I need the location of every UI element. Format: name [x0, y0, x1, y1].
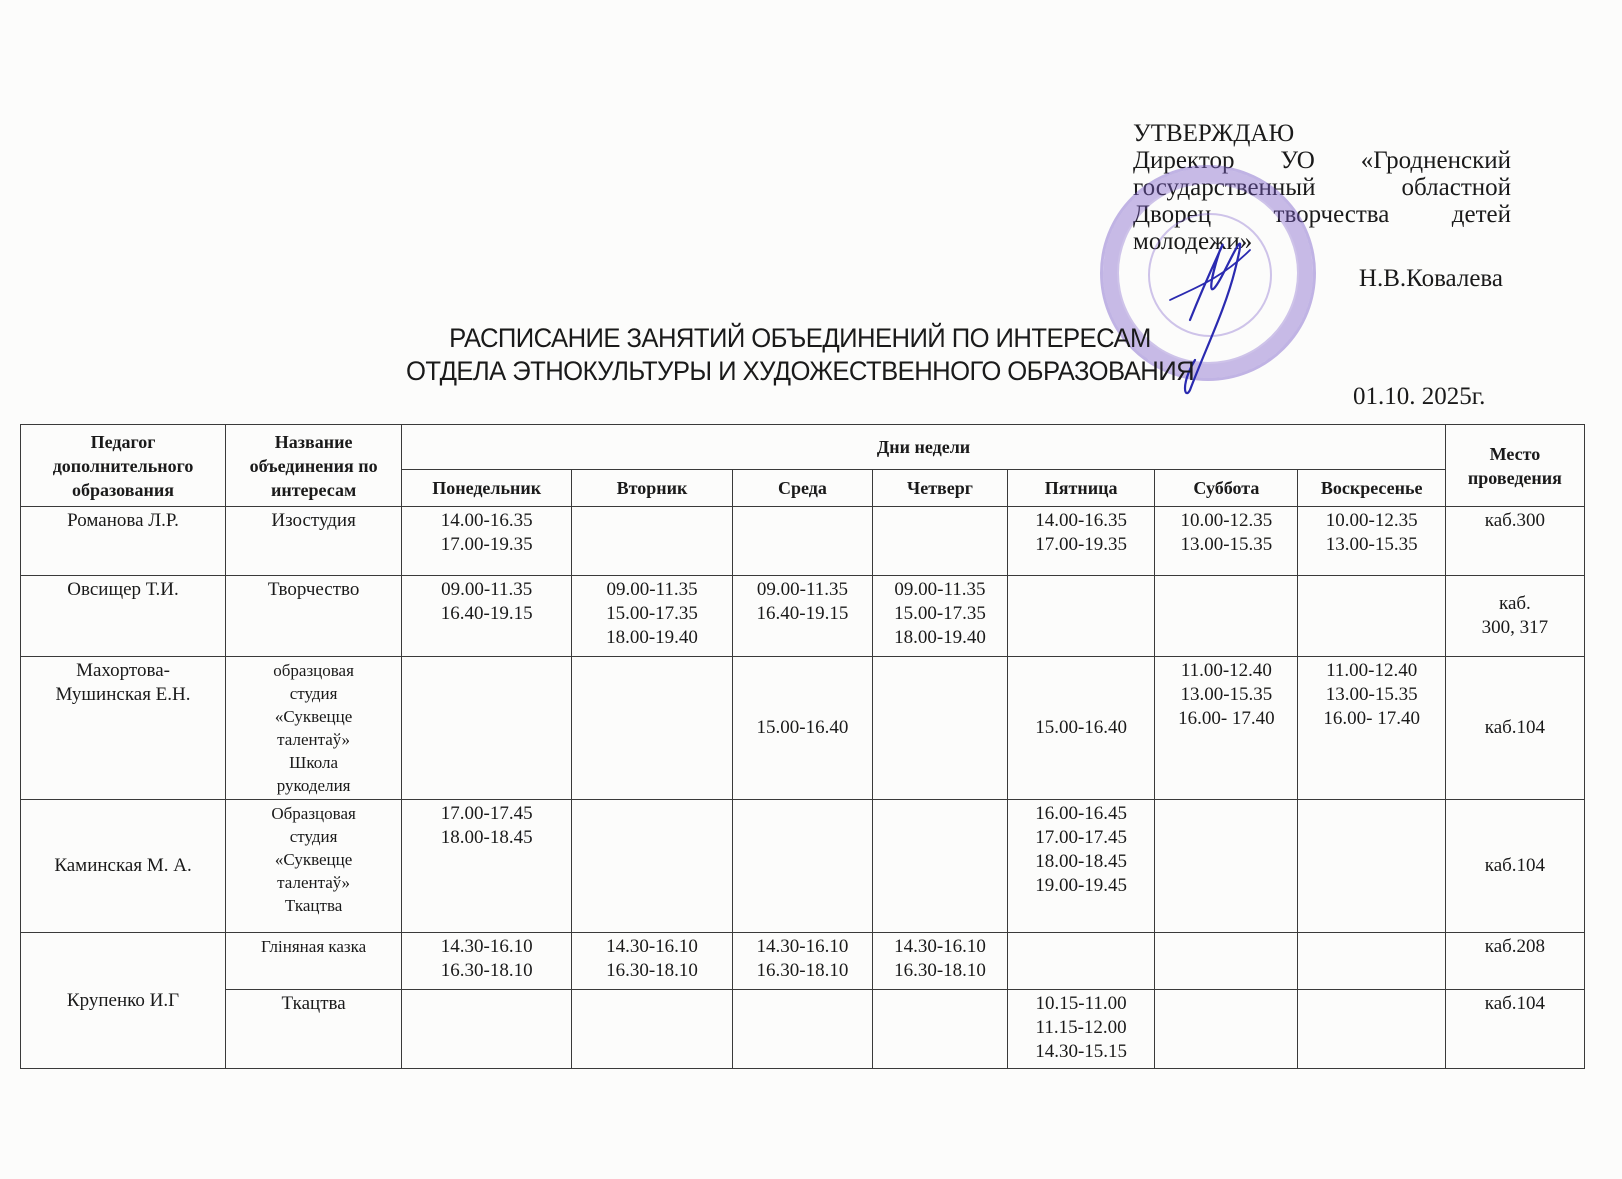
time-slot: 15.00-17.35: [575, 602, 729, 626]
approval-line-2: государственный областной: [1133, 174, 1511, 201]
time-slot: 18.00-19.40: [575, 626, 729, 650]
wednesday-cell: [732, 507, 872, 576]
header-wednesday: Среда: [732, 470, 872, 507]
time-slot: 14.30-16.10: [736, 935, 869, 959]
monday-cell: 14.30-16.10 16.30-18.10: [402, 933, 572, 990]
wednesday-cell: [732, 990, 872, 1069]
thursday-cell: [873, 507, 1008, 576]
time-slot: 13.00-15.35: [1301, 683, 1441, 707]
saturday-cell: 11.00-12.40 13.00-15.35 16.00- 17.40: [1155, 657, 1298, 800]
association-line: талентаў»: [229, 871, 398, 894]
document-title: РАСПИСАНИЕ ЗАНЯТИЙ ОБЪЕДИНЕНИЙ ПО ИНТЕРЕ…: [325, 322, 1275, 388]
header-friday: Пятница: [1007, 470, 1154, 507]
time-slot: 16.30-18.10: [876, 959, 1004, 983]
time-slot: 16.00- 17.40: [1301, 707, 1441, 731]
teacher-cell: Каминская М. А.: [21, 800, 226, 933]
table-row: Овсищер Т.И. Творчество 09.00-11.35 16.4…: [21, 576, 1585, 657]
time-slot: 17.00-17.45: [405, 802, 568, 826]
place-text: каб.104: [1449, 992, 1581, 1016]
teacher-cell: Овсищер Т.И.: [21, 576, 226, 657]
monday-cell: 17.00-17.45 18.00-18.45: [402, 800, 572, 933]
approval-line-4: молодежи»: [1133, 228, 1511, 255]
table-row: Каминская М. А. Образцовая студия «Сукве…: [21, 800, 1585, 933]
association-cell: Творчество: [226, 576, 402, 657]
time-slot: 18.00-18.45: [1011, 850, 1151, 874]
time-slot: 15.00-16.40: [736, 716, 869, 740]
time-slot: 14.30-16.10: [876, 935, 1004, 959]
time-slot: 13.00-15.35: [1158, 533, 1294, 557]
place-text: каб.104: [1449, 854, 1581, 878]
wednesday-cell: 15.00-16.40: [732, 657, 872, 800]
header-place: Место проведения: [1445, 425, 1584, 507]
association-line: Ткацтва: [229, 992, 398, 1016]
friday-cell: [1007, 933, 1154, 990]
time-slot: 16.00- 17.40: [1158, 707, 1294, 731]
time-slot: 16.40-19.15: [736, 602, 869, 626]
friday-cell: 14.00-16.35 17.00-19.35: [1007, 507, 1154, 576]
time-slot: 16.30-18.10: [575, 959, 729, 983]
association-line: Образцовая: [229, 802, 398, 825]
friday-cell: 16.00-16.45 17.00-17.45 18.00-18.45 19.0…: [1007, 800, 1154, 933]
association-cell: образцовая студия «Суквецце талентаў» Шк…: [226, 657, 402, 800]
association-cell: Ткацтва: [226, 990, 402, 1069]
association-line: студия: [229, 682, 398, 705]
place-cell: каб. 300, 317: [1445, 576, 1584, 657]
time-slot: 11.15-12.00: [1011, 1016, 1151, 1040]
time-slot: 09.00-11.35: [876, 578, 1004, 602]
header-thursday: Четверг: [873, 470, 1008, 507]
friday-cell: 15.00-16.40: [1007, 657, 1154, 800]
document-date: 01.10. 2025г.: [1353, 383, 1485, 411]
time-slot: 14.00-16.35: [405, 509, 568, 533]
sunday-cell: [1298, 800, 1445, 933]
wednesday-cell: 14.30-16.10 16.30-18.10: [732, 933, 872, 990]
time-slot: 17.00-19.35: [1011, 533, 1151, 557]
wednesday-cell: 09.00-11.35 16.40-19.15: [732, 576, 872, 657]
approval-block: УТВЕРЖДАЮ Директор УО «Гродненский госуд…: [1133, 120, 1511, 292]
saturday-cell: [1155, 990, 1298, 1069]
time-slot: 17.00-17.45: [1011, 826, 1151, 850]
monday-cell: 14.00-16.35 17.00-19.35: [402, 507, 572, 576]
association-line: рукоделия: [229, 774, 398, 797]
tuesday-cell: [572, 990, 733, 1069]
tuesday-cell: 14.30-16.10 16.30-18.10: [572, 933, 733, 990]
association-line: Школа: [229, 751, 398, 774]
association-line: Творчество: [229, 578, 398, 602]
time-slot: 19.00-19.45: [1011, 874, 1151, 898]
time-slot: 15.00-17.35: [876, 602, 1004, 626]
teacher-line: Мушинская Е.Н.: [24, 683, 222, 707]
place-text: каб.300: [1449, 509, 1581, 533]
header-days-group: Дни недели: [402, 425, 1446, 470]
time-slot: 09.00-11.35: [736, 578, 869, 602]
time-slot: 09.00-11.35: [405, 578, 568, 602]
header-saturday: Суббота: [1155, 470, 1298, 507]
tuesday-cell: 09.00-11.35 15.00-17.35 18.00-19.40: [572, 576, 733, 657]
place-cell: каб.104: [1445, 657, 1584, 800]
place-text: каб.104: [1449, 716, 1581, 740]
time-slot: 14.30-16.10: [575, 935, 729, 959]
tuesday-cell: [572, 657, 733, 800]
approval-heading: УТВЕРЖДАЮ: [1133, 120, 1511, 147]
association-line: талентаў»: [229, 728, 398, 751]
header-teacher: Педагог дополнительного образования: [21, 425, 226, 507]
wednesday-cell: [732, 800, 872, 933]
time-slot: 10.00-12.35: [1301, 509, 1441, 533]
time-slot: 14.00-16.35: [1011, 509, 1151, 533]
header-tuesday: Вторник: [572, 470, 733, 507]
time-slot: 16.30-18.10: [405, 959, 568, 983]
friday-cell: [1007, 576, 1154, 657]
thursday-cell: 14.30-16.10 16.30-18.10: [873, 933, 1008, 990]
teacher-cell: Крупенко И.Г: [21, 933, 226, 1069]
schedule-table: Педагог дополнительного образования Назв…: [20, 424, 1585, 1069]
sunday-cell: 10.00-12.35 13.00-15.35: [1298, 507, 1445, 576]
time-slot: 16.00-16.45: [1011, 802, 1151, 826]
place-cell: каб.104: [1445, 800, 1584, 933]
tuesday-cell: [572, 507, 733, 576]
saturday-cell: 10.00-12.35 13.00-15.35: [1155, 507, 1298, 576]
association-line: «Суквецце: [229, 848, 398, 871]
saturday-cell: [1155, 800, 1298, 933]
place-cell: каб.208: [1445, 933, 1584, 990]
time-slot: 13.00-15.35: [1301, 533, 1441, 557]
thursday-cell: 09.00-11.35 15.00-17.35 18.00-19.40: [873, 576, 1008, 657]
time-slot: 18.00-18.45: [405, 826, 568, 850]
time-slot: 09.00-11.35: [575, 578, 729, 602]
sunday-cell: [1298, 990, 1445, 1069]
monday-cell: 09.00-11.35 16.40-19.15: [402, 576, 572, 657]
time-slot: 14.30-16.10: [405, 935, 568, 959]
time-slot: 14.30-15.15: [1011, 1040, 1151, 1064]
time-slot: 18.00-19.40: [876, 626, 1004, 650]
thursday-cell: [873, 990, 1008, 1069]
sunday-cell: 11.00-12.40 13.00-15.35 16.00- 17.40: [1298, 657, 1445, 800]
monday-cell: [402, 657, 572, 800]
teacher-cell: Махортова- Мушинская Е.Н.: [21, 657, 226, 800]
friday-cell: 10.15-11.00 11.15-12.00 14.30-15.15: [1007, 990, 1154, 1069]
header-monday: Понедельник: [402, 470, 572, 507]
approval-line-1: Директор УО «Гродненский: [1133, 147, 1511, 174]
approval-line-3: Дворец творчества детей: [1133, 201, 1511, 228]
time-slot: 16.30-18.10: [736, 959, 869, 983]
time-slot: 11.00-12.40: [1301, 659, 1441, 683]
place-text: каб.208: [1449, 935, 1581, 959]
time-slot: 11.00-12.40: [1158, 659, 1294, 683]
teacher-cell: Романова Л.Р.: [21, 507, 226, 576]
association-line: студия: [229, 825, 398, 848]
header-sunday: Воскресенье: [1298, 470, 1445, 507]
thursday-cell: [873, 657, 1008, 800]
time-slot: 17.00-19.35: [405, 533, 568, 557]
association-cell: Гліняная казка: [226, 933, 402, 990]
place-text: каб.: [1449, 592, 1581, 616]
association-line: «Суквецце: [229, 705, 398, 728]
place-text: 300, 317: [1449, 616, 1581, 640]
time-slot: 16.40-19.15: [405, 602, 568, 626]
association-line: образцовая: [229, 659, 398, 682]
time-slot: 10.00-12.35: [1158, 509, 1294, 533]
tuesday-cell: [572, 800, 733, 933]
table-row: Ткацтва 10.15-11.00 11.15-12.00 14.30-15…: [21, 990, 1585, 1069]
association-cell: Изостудия: [226, 507, 402, 576]
time-slot: 10.15-11.00: [1011, 992, 1151, 1016]
title-line-1: РАСПИСАНИЕ ЗАНЯТИЙ ОБЪЕДИНЕНИЙ ПО ИНТЕРЕ…: [325, 322, 1275, 355]
approval-signatory: Н.В.Ковалева: [1133, 265, 1511, 292]
saturday-cell: [1155, 576, 1298, 657]
time-slot: 13.00-15.35: [1158, 683, 1294, 707]
monday-cell: [402, 990, 572, 1069]
header-row: Педагог дополнительного образования Назв…: [21, 425, 1585, 470]
header-association: Название объединения по интересам: [226, 425, 402, 507]
table-row: Крупенко И.Г Гліняная казка 14.30-16.10 …: [21, 933, 1585, 990]
table-row: Махортова- Мушинская Е.Н. образцовая сту…: [21, 657, 1585, 800]
saturday-cell: [1155, 933, 1298, 990]
place-cell: каб.104: [1445, 990, 1584, 1069]
place-cell: каб.300: [1445, 507, 1584, 576]
association-line: Гліняная казка: [229, 935, 398, 958]
association-line: Изостудия: [229, 509, 398, 533]
sunday-cell: [1298, 576, 1445, 657]
teacher-line: Махортова-: [24, 659, 222, 683]
time-slot: 15.00-16.40: [1011, 716, 1151, 740]
thursday-cell: [873, 800, 1008, 933]
sunday-cell: [1298, 933, 1445, 990]
table-row: Романова Л.Р. Изостудия 14.00-16.35 17.0…: [21, 507, 1585, 576]
title-line-2: ОТДЕЛА ЭТНОКУЛЬТУРЫ И ХУДОЖЕСТВЕННОГО ОБ…: [325, 355, 1275, 388]
association-cell: Образцовая студия «Суквецце талентаў» Тк…: [226, 800, 402, 933]
association-line: Ткацтва: [229, 894, 398, 917]
